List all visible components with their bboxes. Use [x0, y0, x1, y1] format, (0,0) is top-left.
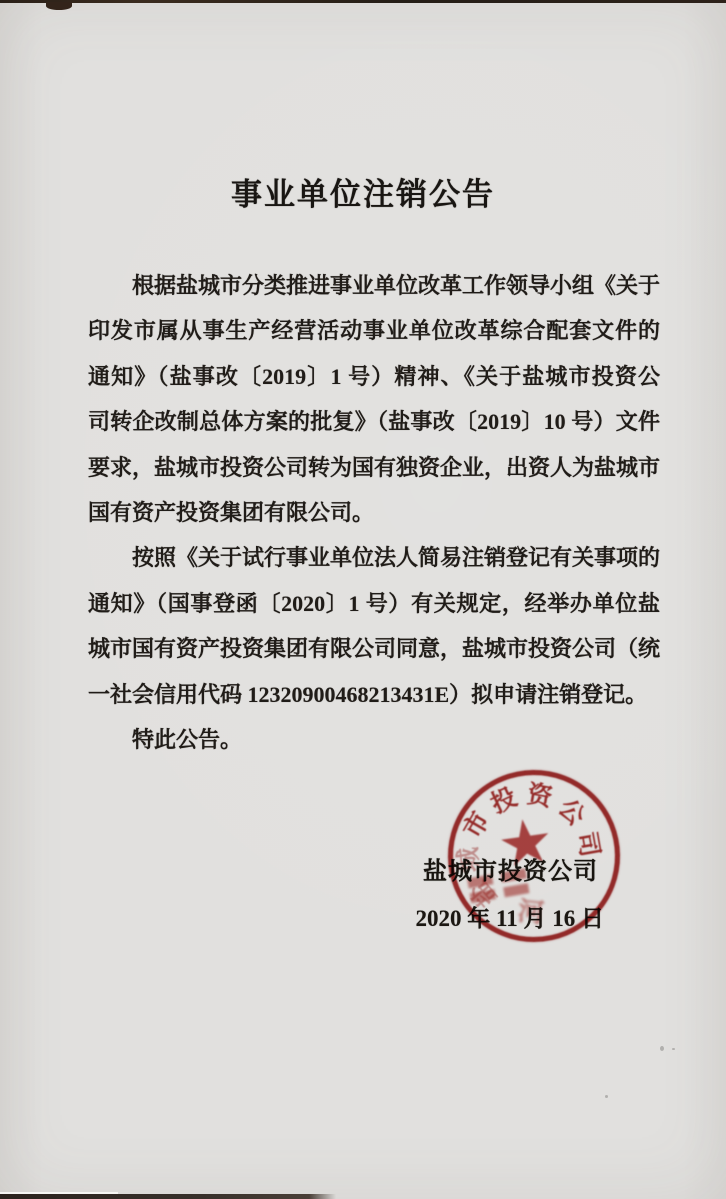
text-line: 通知》（盐事改〔2019〕1 号）精神、《关于盐城市投资公 [88, 354, 660, 399]
document-body: 根据盐城市分类推进事业单位改革工作领导小组《关于印发市属从事生产经营活动事业单位… [88, 263, 660, 762]
seal-arc-char: 资 [524, 774, 555, 814]
scan-edge-top [0, 0, 726, 3]
scan-speck [660, 1046, 664, 1051]
scan-speck [605, 1095, 608, 1098]
seal-arc-char: 投 [484, 777, 522, 820]
text-line: 特此公告。 [88, 717, 660, 762]
seal-arc-char: 公 [551, 790, 594, 833]
scan-edge-bottom-highlight [0, 1192, 118, 1194]
scan-edge-bottom [0, 1194, 336, 1199]
scanned-document-page: 事业单位注销公告 根据盐城市分类推进事业单位改革工作领导小组《关于印发市属从事生… [0, 0, 726, 1199]
text-line: 城市国有资产投资集团有限公司同意，盐城市投资公司（统 [88, 626, 660, 671]
text-line: 按照《关于试行事业单位法人简易注销登记有关事项的 [88, 535, 660, 580]
text-line: 印发市属从事生产经营活动事业单位改革综合配套文件的 [88, 308, 660, 353]
text-line: 一社会信用代码 12320900468213431E）拟申请注销登记。 [88, 672, 660, 717]
paragraph: 按照《关于试行事业单位法人简易注销登记有关事项的通知》（国事登函〔2020〕1 … [88, 535, 660, 717]
document-title: 事业单位注销公告 [0, 174, 726, 216]
paragraph: 特此公告。 [88, 717, 660, 762]
seal-arc-char: 市 [453, 804, 497, 844]
text-line: 根据盐城市分类推进事业单位改革工作领导小组《关于 [88, 263, 660, 308]
text-line: 要求，盐城市投资公司转为国有独资企业，出资人为盐城市 [88, 445, 660, 490]
signature-company: 盐城市投资公司 [423, 856, 598, 888]
text-line: 国有资产投资集团有限公司。 [88, 490, 660, 535]
text-line: 通知》（国事登函〔2020〕1 号）有关规定，经举办单位盐 [88, 581, 660, 626]
paragraph: 根据盐城市分类推进事业单位改革工作领导小组《关于印发市属从事生产经营活动事业单位… [88, 263, 660, 535]
signature-date: 2020 年 11 月 16 日 [416, 903, 604, 935]
scan-speck [672, 1048, 675, 1050]
text-line: 司转企改制总体方案的批复》（盐事改〔2019〕10 号）文件 [88, 399, 660, 444]
